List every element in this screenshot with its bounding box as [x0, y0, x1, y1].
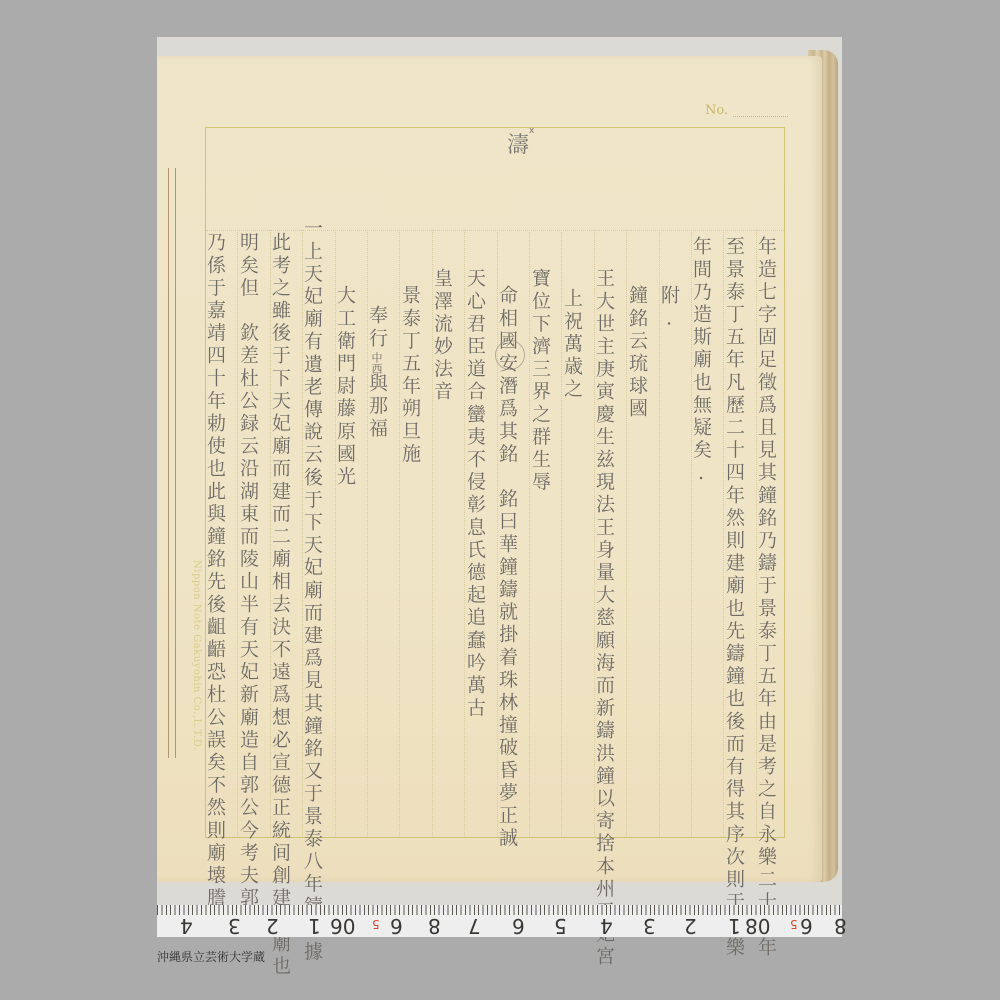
- ruled-top-line: [206, 230, 784, 231]
- ruler-number: 6: [390, 914, 403, 938]
- ruler-number: 6: [800, 914, 813, 938]
- manuscript-column: 天心君臣道合蠻夷不侵彰息氏德起追蠢吟萬古: [465, 268, 484, 720]
- ruler-number: 08: [745, 914, 770, 938]
- ruler-number: 8: [428, 914, 441, 938]
- manuscript-column: 此考之雖後于下天妃廟而建而二廟相去決不遠爲想必宣德正統间創建斯廟也: [270, 232, 289, 978]
- ruler-number: 3: [228, 914, 241, 938]
- page-number-label: No.: [705, 103, 728, 118]
- ruler-number: 5: [554, 914, 567, 938]
- publisher-imprint: Nippon Note Gakuyohin Co.,L.T.D.: [162, 560, 202, 760]
- ruler-number: 8: [834, 914, 847, 938]
- ruler-number: 06: [330, 914, 355, 938]
- manuscript-column: 上祝萬歳之: [562, 288, 581, 401]
- ruler-number: 5: [372, 917, 380, 931]
- ruler-number: 1: [728, 914, 741, 938]
- page-number-line: [733, 116, 788, 117]
- ruler-number: 2: [684, 914, 697, 938]
- manuscript-column: 年造七字固足徵爲且見其鐘銘乃鑄于景泰丁五年由是考之自永樂二十二年: [756, 236, 775, 959]
- manuscript-column: 王大世主庚寅慶生兹現法王身量大慈願海而新鑄洪鐘以寄捨本州天妃宮: [594, 268, 613, 969]
- header-character: 濤: [507, 128, 529, 159]
- interlinear-note: 中西: [371, 352, 382, 374]
- ruler-number: 6: [512, 914, 525, 938]
- seal-stamp: [495, 340, 525, 370]
- header-mark: x: [529, 126, 534, 136]
- manuscript-column: 景泰丁五年朔旦施: [400, 285, 419, 466]
- ruler-number: 2: [266, 914, 279, 938]
- manuscript-column: 寶位下濟三界之群生辱: [530, 268, 549, 494]
- manuscript-column: 大工衛門尉藤原國光: [335, 285, 354, 488]
- ruler-number: 7: [468, 914, 481, 938]
- manuscript-column: 乃係于嘉靖四十年勅使也此與鐘銘先後齟齬恐杜公誤矣不然則廟壊謄: [205, 232, 224, 910]
- ruler-number: 5: [790, 917, 798, 931]
- ruler-number: 1: [308, 914, 321, 938]
- manuscript-column: 附.: [659, 285, 678, 333]
- ruler-number: 3: [643, 914, 656, 938]
- ruler-number: 4: [600, 914, 613, 938]
- manuscript-column: 鐘銘云琉球國: [627, 285, 646, 421]
- ruler-number: 4: [180, 914, 193, 938]
- manuscript-column: 皇澤流妙法音: [432, 268, 451, 404]
- collection-credit: 沖縄県立芸術大学蔵: [157, 948, 265, 965]
- manuscript-column: 年間乃造斯廟也無疑矣.: [691, 236, 710, 488]
- manuscript-column: 一上天妃廟有遺老傳說云後于下天妃廟而建爲見其鐘銘又于景泰八年鑄之據: [302, 218, 321, 964]
- manuscript-column: 明矣但 欽差杜公録云沿湖東而陵山半有天妃新廟造自郭公今考夫郭公: [238, 232, 257, 933]
- manuscript-column: 至景泰丁五年凡歷二十四年然則建廟也先鑄鐘也後而有得其序次則于永樂: [724, 236, 743, 959]
